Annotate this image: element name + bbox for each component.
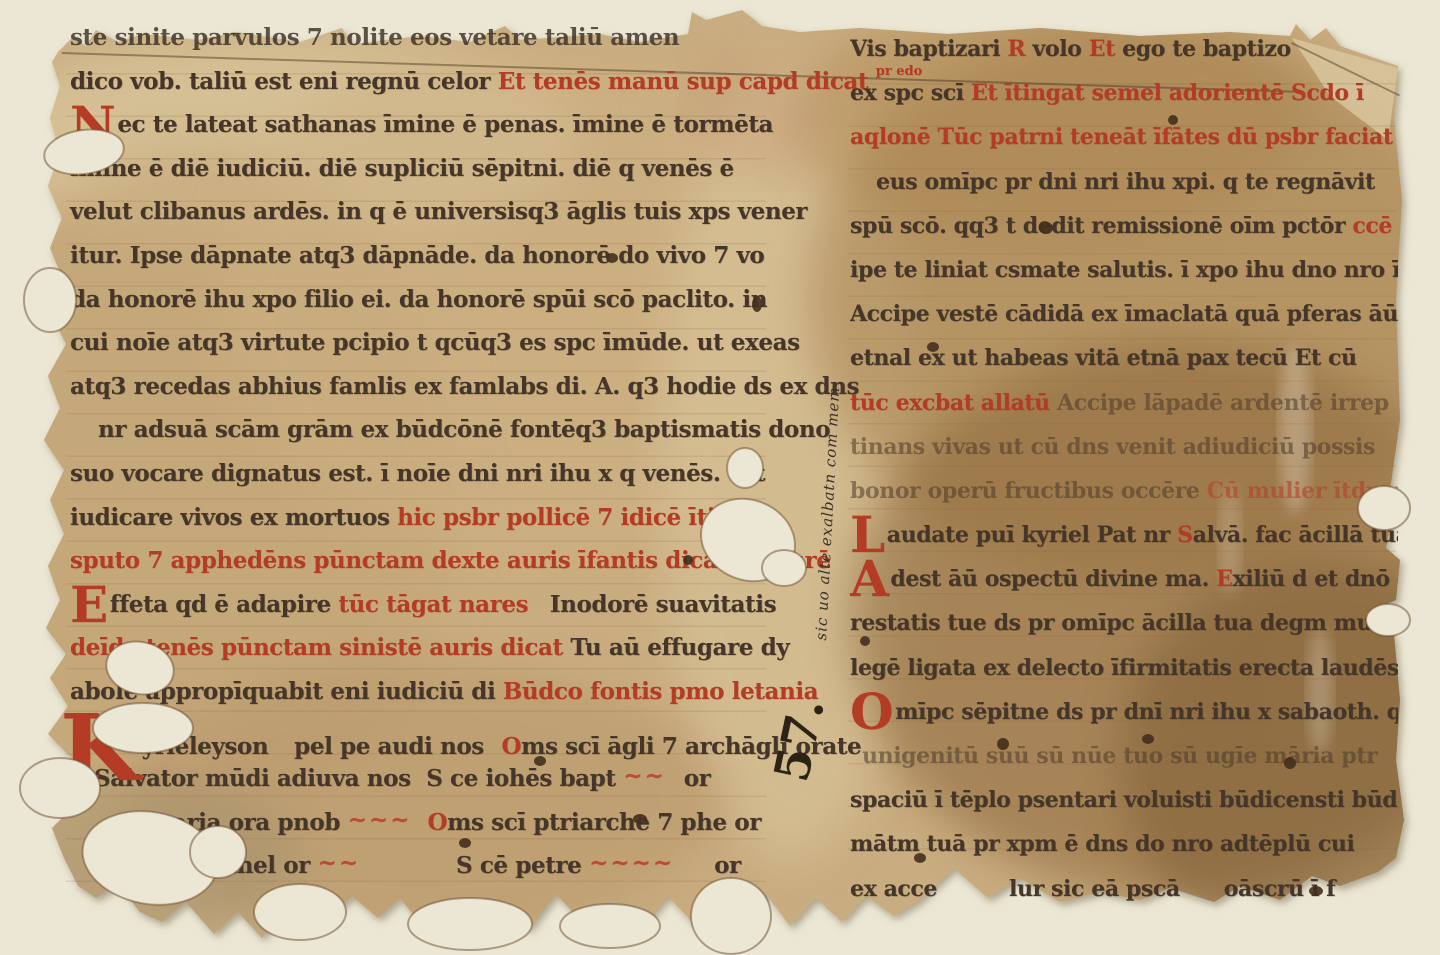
text-column-left: ste sinite parvulos 7 nolite eos vetare …: [70, 24, 770, 896]
text-segment: ex acce: [850, 876, 937, 902]
text-segment: itur. Ipse dāpnate atq3 dāpnāde. da hono…: [70, 242, 764, 269]
manuscript-line: bonor operū fructibus occēre Cū mulier ī…: [850, 478, 1398, 522]
manuscript-line: mātm tuā pr xpm ē dns do nro adtēplū cui: [850, 831, 1398, 875]
manuscript-line: spaciū ī tēplo psentari voluisti būdicen…: [850, 787, 1398, 831]
manuscript-line: Effeta qd ē adapire tūc tāgat nares Inod…: [70, 591, 770, 635]
spacer: [666, 785, 684, 786]
text-segment: aqlonē: [850, 124, 938, 150]
text-segment: mātm tuā pr xpm ē dns do nro adtēplū cui: [850, 831, 1354, 857]
text-segment: ~~: [623, 762, 666, 789]
manuscript-line: itur. Ipse dāpnate atq3 dāpnāde. da hono…: [70, 242, 770, 286]
manuscript-line: Accipe vestē cādidā ex īmaclatā quā pfer…: [850, 301, 1398, 345]
manuscript-line: ipe te liniat csmate salutis. ī xpo ihu …: [850, 257, 1398, 301]
text-segment: or: [714, 852, 741, 879]
text-segment: audate puī kyriel Pat nr: [887, 522, 1177, 548]
text-segment: S ce iohēs bapt: [426, 765, 623, 792]
text-segment: Et tenēs manū sup capd dicat: [498, 68, 876, 95]
spacer: [70, 436, 98, 437]
text-segment: suo vocare dignatus est. ī noīe dni nri …: [70, 460, 765, 487]
manuscript-line: aqlonē Tūc patrni teneāt īfātes dū psbr …: [850, 124, 1398, 168]
text-segment: ste sinite parvulos 7 nolite eos vetare …: [70, 24, 679, 51]
text-segment: dest āū ospectū divine ma.: [890, 566, 1216, 592]
text-segment: ego te baptizo: [1122, 36, 1291, 62]
text-segment: alvā. fac ācillā tuā dzm: [1193, 522, 1398, 548]
manuscript-line: ste sinite parvulos 7 nolite eos vetare …: [70, 24, 770, 68]
text-segment: cui noīe atq3 virtute pcipio t qcūq3 es …: [70, 329, 800, 356]
text-segment: ec te lateat sathanas īmine ē penas. īmi…: [117, 111, 773, 138]
manuscript-line: eus omīpc pr dni nri ihu xpi. q te regnā…: [850, 169, 1398, 213]
spacer: [70, 829, 148, 830]
manuscript-line: atq3 recedas abhius famlis ex famlabs di…: [70, 373, 770, 417]
text-segment: atq3 recedas abhius famlis ex famlabs di…: [70, 373, 859, 400]
text-segment: E: [1216, 566, 1232, 592]
text-segment: tūc tāgat nares: [338, 591, 535, 618]
spacer: [536, 611, 550, 612]
text-segment: da honorē ihu xpo filio ei. da honorē sp…: [70, 286, 767, 313]
text-segment: tūc excbat allatū: [850, 390, 1057, 416]
text-segment: Tu aū effugare dy: [570, 634, 789, 661]
text-segment: Accipe lāpadē ardentē irrep: [1057, 390, 1389, 416]
text-segment: sputo 7 apphedēns pūnctam dexte auris īf…: [70, 547, 831, 574]
text-segment: Et ītingat semel adorientē Scdo ī: [971, 80, 1364, 106]
manuscript-line: Salvator mūdi adiuva nos S ce iohēs bapt…: [70, 765, 770, 809]
text-segment: legē ligata ex delecto īfirmitatis erect…: [850, 655, 1398, 681]
text-segment: nr adsuā scām grām ex būdcōnē fontēq3 ba…: [98, 416, 830, 443]
text-segment: lur sic eā pscā: [1009, 876, 1180, 902]
text-segment: īmine ē diē iudiciū. diē supliciū sēpitn…: [70, 155, 734, 182]
text-column-right: Vis baptizari R volo Et ego te baptizoex…: [850, 36, 1398, 920]
manuscript-line: maria ora pnob ~~~Oms scī ptriarche 7 ph…: [70, 809, 770, 853]
text-segment: bonor operū fructibus occēre: [850, 478, 1207, 504]
text-segment: ms scī ptriarche 7 phe or: [447, 809, 761, 836]
text-segment: velut clibanus ardēs. in q ē universisq3…: [70, 198, 807, 225]
manuscript-photo: ste sinite parvulos 7 nolite eos vetare …: [0, 0, 1440, 955]
text-segment: etnal ex ut habeas vitā etnā pax tecū Et…: [850, 345, 1357, 371]
text-segment: dico vob. taliū est eni regnū celor: [70, 68, 498, 95]
text-segment: scē michahel or: [112, 852, 317, 879]
text-segment: spū scō. qq3 t dedit remissionē oīm pctō…: [850, 213, 1352, 239]
text-segment: ~~~: [348, 806, 412, 833]
text-segment: or: [684, 765, 711, 792]
text-segment: oāscrū ī f: [1224, 876, 1335, 902]
manuscript-line: Omīpc sēpitne ds pr dnī nri ihu x sabaot…: [850, 699, 1398, 743]
text-segment: xiliū d et dnō esto ei dōe: [1233, 566, 1398, 592]
manuscript-line: Nec te lateat sathanas īmine ē penas. īm…: [70, 111, 770, 155]
text-segment: O: [850, 682, 893, 741]
text-segment: Et: [1089, 36, 1122, 62]
text-segment: ~~~~: [589, 849, 674, 876]
manuscript-line: cui noīe atq3 virtute pcipio t qcūq3 es …: [70, 329, 770, 373]
manuscript-line: īmine ē diē iudiciū. diē supliciū sēpitn…: [70, 155, 770, 199]
text-segment: unigenitū suū sū nūe tuo sū ugīe māria p…: [862, 743, 1377, 769]
spacer: [850, 762, 862, 763]
manuscript-line: tinans vivas ut cū dns venit adiudiciū p…: [850, 434, 1398, 478]
spacer: [850, 188, 876, 189]
text-segment: E: [70, 575, 108, 634]
text-segment: ffeta qd ē adapire: [110, 591, 339, 618]
text-segment: K: [60, 694, 140, 802]
manuscript-line: ex accelur sic eā pscāoāscrū ī f: [850, 876, 1398, 920]
manuscript-line: tūc excbat allatū Accipe lāpadē ardentē …: [850, 390, 1398, 434]
manuscript-line: sputo 7 apphedēns pūnctam dexte auris īf…: [70, 547, 770, 591]
manuscript-line: iudicare vivos ex mortuos hic psbr polli…: [70, 504, 770, 548]
text-segment: volo: [1033, 36, 1089, 62]
text-segment: restatis tue ds pr omīpc ācilla tua degm…: [850, 610, 1398, 636]
manuscript-line: abole appropīquabit eni iudiciū di Būdco…: [70, 678, 770, 722]
manuscript-line: legē ligata ex delecto īfirmitatis erect…: [850, 655, 1398, 699]
text-segment: pel pe audi nos: [294, 733, 491, 760]
spacer: [937, 895, 1009, 896]
text-segment: yrieleyson: [142, 733, 269, 760]
text-segment: ipe te liniat csmate salutis. ī xpo ihu …: [850, 257, 1398, 283]
manuscript-line: ex spc scī Et ītingat semel adorientē Sc…: [850, 80, 1398, 124]
text-segment: Tūc patrni teneāt īfātes dū psbr faciat …: [938, 124, 1398, 150]
spacer: [1180, 895, 1224, 896]
manuscript-line: unigenitū suū sū nūe tuo sū ugīe māria p…: [850, 743, 1398, 787]
text-segment: O: [501, 733, 521, 760]
spacer: [70, 872, 112, 873]
text-segment: A: [850, 549, 888, 608]
text-segment: eus omīpc pr dni nri ihu xpi. q te regnā…: [876, 169, 1375, 195]
text-segment: Salvator mūdi adiuva nos: [94, 765, 418, 792]
manuscript-line: nr adsuā scām grām ex būdcōnē fontēq3 ba…: [70, 416, 770, 460]
text-segment: O: [427, 809, 447, 836]
text-segment: Vis baptizari: [850, 36, 1007, 62]
manuscript-line: Kyrieleysonpel pe audi nos Oms scī āgli …: [70, 722, 770, 766]
manuscript-line: velut clibanus ardēs. in q ē universisq3…: [70, 198, 770, 242]
manuscript-line: Vis baptizari R volo Et ego te baptizo: [850, 36, 1398, 80]
spacer: [411, 829, 427, 830]
manuscript-line: etnal ex ut habeas vitā etnā pax tecū Et…: [850, 345, 1398, 389]
text-segment: R: [1007, 36, 1032, 62]
text-segment: ex spc scī: [850, 80, 971, 106]
text-segment: Būdco fontis pmo letania: [503, 678, 818, 705]
text-segment: S cē petre: [456, 852, 589, 879]
spacer: [360, 872, 456, 873]
text-segment: Cū mulier ītducr: [1207, 478, 1398, 504]
text-segment: S: [1177, 522, 1193, 548]
text-segment: maria ora pnob: [148, 809, 348, 836]
text-segment: N: [70, 95, 115, 154]
text-segment: spaciū ī tēplo psentari voluisti būdicen…: [850, 787, 1398, 813]
manuscript-line: suo vocare dignatus est. ī noīe dni nri …: [70, 460, 770, 504]
manuscript-line: restatis tue ds pr omīpc ācilla tua degm…: [850, 610, 1398, 654]
text-segment: mīpc sēpitne ds pr dnī nri ihu x sabaoth…: [895, 699, 1398, 725]
manuscript-line: dico vob. taliū est eni regnū celor Et t…: [70, 68, 770, 112]
text-segment: Accipe vestē cādidā ex īmaclatā quā pfer…: [850, 301, 1398, 327]
manuscript-line: deīde tenēs pūnctam sinistē auris dicat …: [70, 634, 770, 678]
text-segment: deīde tenēs pūnctam sinistē auris dicat: [70, 634, 570, 661]
manuscript-line: Laudate puī kyriel Pat nr Salvā. fac āci…: [850, 522, 1398, 566]
spacer: [674, 872, 714, 873]
text-segment: ~~: [317, 849, 360, 876]
manuscript-line: Adest āū ospectū divine ma. Exiliū d et …: [850, 566, 1398, 610]
text-segment: hic psbr pollicē 7 idicē ītingat: [397, 504, 772, 531]
text-segment: iudicare vivos ex mortuos: [70, 504, 397, 531]
manuscript-line: scē michahel or ~~S cē petre ~~~~or: [70, 852, 770, 896]
manuscript-line: da honorē ihu xpo filio ei. da honorē sp…: [70, 286, 770, 330]
spacer: [268, 753, 294, 754]
manuscript-line: spū scō. qq3 t dedit remissionē oīm pctō…: [850, 213, 1398, 257]
spacer: [491, 753, 501, 754]
text-segment: tinans vivas ut cū dns venit adiudiciū p…: [850, 434, 1375, 460]
text-segment: ccē t: [1352, 213, 1398, 239]
text-segment: Inodorē suavitatis: [550, 591, 776, 618]
